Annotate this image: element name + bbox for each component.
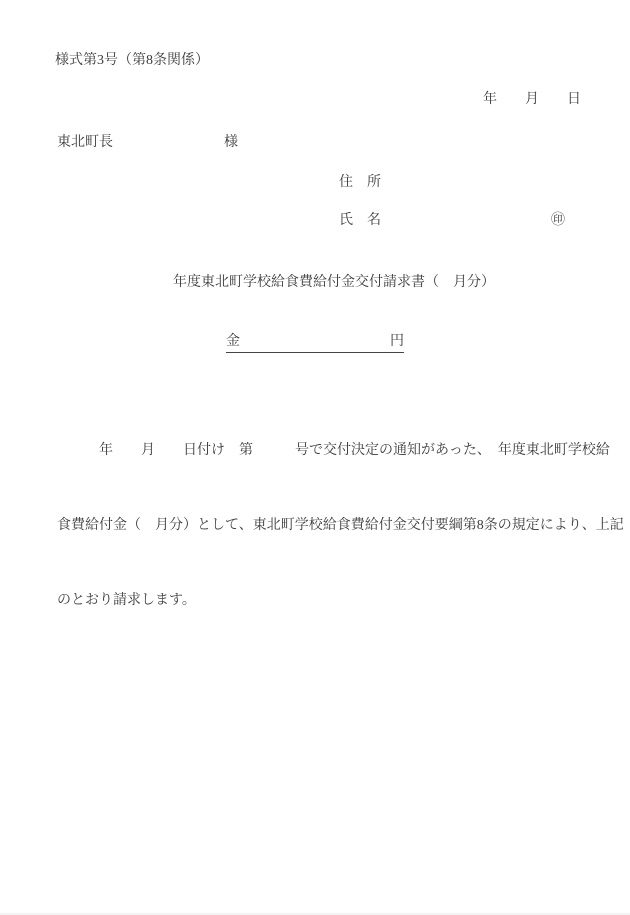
addressee-honorific: 様 — [224, 136, 238, 150]
amount-line: 金 円 — [226, 335, 404, 353]
document-title: 年度東北町学校給食費給付金交付請求書（ 月分） — [173, 276, 495, 290]
addressee-name: 東北町長 — [57, 136, 113, 150]
body-paragraph-line: のとおり請求します。 — [57, 588, 609, 613]
name-label: 氏 名 — [339, 214, 381, 228]
addressee-row: 東北町長 様 — [57, 136, 238, 150]
body-paragraph: 年 月 日付け 第 号で交付決定の通知があった、 年度東北町学校給 食費給付金（… — [57, 388, 609, 663]
body-paragraph-line: 年 月 日付け 第 号で交付決定の通知があった、 年度東北町学校給 — [57, 438, 609, 463]
name-row: 氏 名 ㊞ — [339, 214, 575, 228]
date-line: 年 月 日 — [483, 93, 581, 107]
amount-prefix-label: 金 — [226, 335, 240, 349]
address-label: 住 所 — [339, 176, 381, 190]
form-number: 様式第3号（第8条関係） — [55, 54, 209, 68]
seal-icon: ㊞ — [551, 214, 565, 228]
body-paragraph-line: 食費給付金（ 月分）として、東北町学校給食費給付金交付要綱第8条の規定により、上… — [57, 513, 609, 538]
amount-suffix-label: 円 — [390, 335, 404, 349]
document-page: 様式第3号（第8条関係） 年 月 日 東北町長 様 住 所 氏 名 ㊞ 年度東北… — [0, 0, 630, 915]
